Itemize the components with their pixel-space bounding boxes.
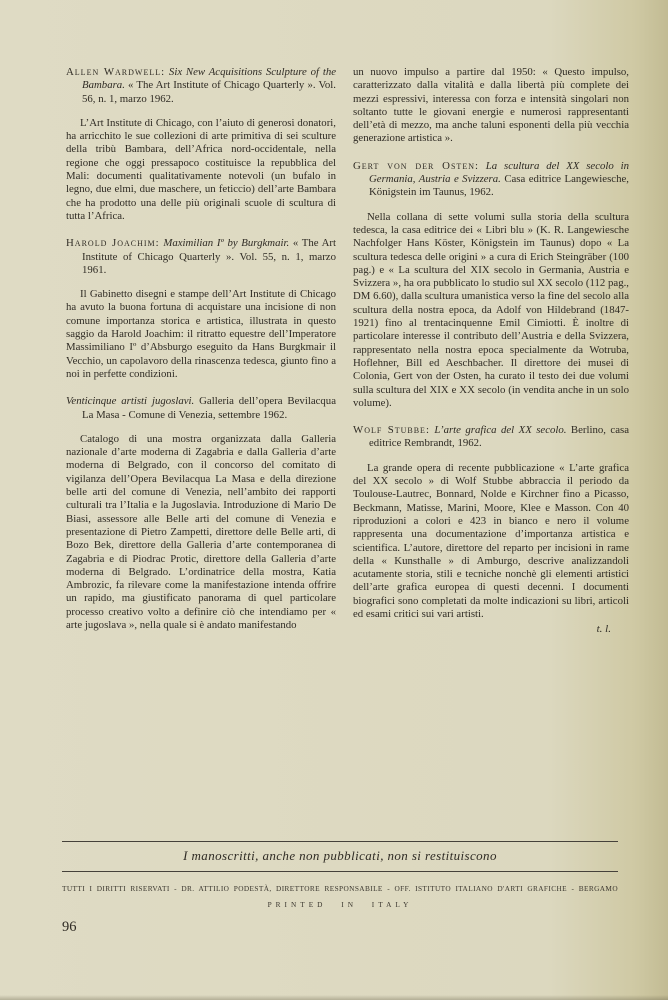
entry-title: Maximilian Iº by Burgkmair. xyxy=(163,237,289,249)
entry-author: Gert von der Osten: xyxy=(353,160,479,172)
continued-paragraph: un nuovo impulso a partire dal 1950: « Q… xyxy=(353,66,629,146)
manuscripts-notice: I manoscritti, anche non pubblicati, non… xyxy=(62,848,618,864)
entry-author: Allen Wardwell: xyxy=(66,66,165,78)
footer-rule-top xyxy=(62,841,618,842)
entry-heading: Allen Wardwell: Six New Acquisitions Scu… xyxy=(66,66,336,106)
footer-rule-bottom xyxy=(62,871,618,872)
scan-edge-shadow xyxy=(0,995,668,1000)
page-number: 96 xyxy=(62,919,77,936)
entry-heading: Wolf Stubbe: L’arte grafica del XX secol… xyxy=(353,424,629,451)
entry-author: Wolf Stubbe: xyxy=(353,424,430,436)
right-column: un nuovo impulso a partire dal 1950: « Q… xyxy=(353,66,629,635)
entry-heading: Harold Joachim: Maximilian Iº by Burgkma… xyxy=(66,237,336,277)
entry-title: Venticinque artisti jugoslavi. xyxy=(66,395,194,407)
entry-body: L’Art Institute di Chicago, con l’aiuto … xyxy=(66,117,336,223)
entry-title: L’arte grafica del XX secolo. xyxy=(434,424,566,436)
scanned-journal-page: Allen Wardwell: Six New Acquisitions Scu… xyxy=(0,0,668,1000)
printed-in-italy-line: PRINTED IN ITALY xyxy=(62,900,618,909)
entry-body: Nella collana di sette volumi sulla stor… xyxy=(353,211,629,410)
two-column-text: Allen Wardwell: Six New Acquisitions Scu… xyxy=(66,66,629,635)
entry-author: Harold Joachim: xyxy=(66,237,160,249)
left-column: Allen Wardwell: Six New Acquisitions Scu… xyxy=(66,66,336,635)
page-footer: I manoscritti, anche non pubblicati, non… xyxy=(62,841,618,917)
entry-body: Catalogo di una mostra organizzata dalla… xyxy=(66,433,336,632)
entry-body: Il Gabinetto disegni e stampe dell’Art I… xyxy=(66,288,336,381)
entry-body: La grande opera di recente pubblicazione… xyxy=(353,462,629,622)
colophon-line: TUTTI I DIRITTI RISERVATI - DR. ATTILIO … xyxy=(62,884,618,893)
entry-heading: Venticinque artisti jugoslavi. Galleria … xyxy=(66,395,336,422)
entry-heading: Gert von der Osten: La scultura del XX s… xyxy=(353,160,629,200)
reviewer-initials: t. l. xyxy=(353,623,611,635)
